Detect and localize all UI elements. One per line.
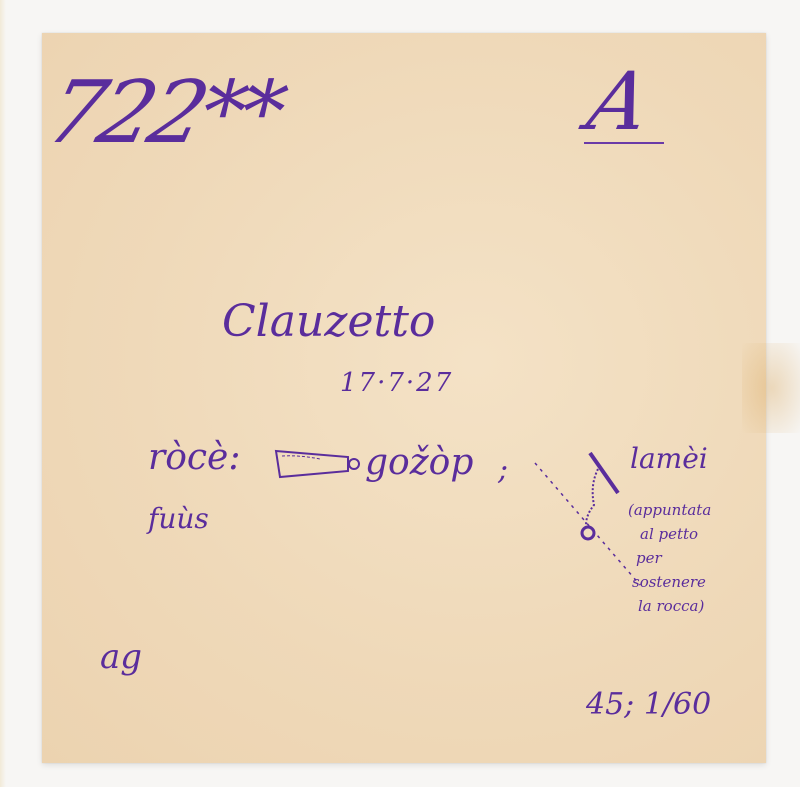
note-line: (appuntata bbox=[628, 498, 768, 522]
entry-separator: ; bbox=[498, 455, 508, 485]
date: 17·7·27 bbox=[340, 370, 453, 396]
annotation-note: (appuntata al petto per sostenere la roc… bbox=[628, 498, 768, 618]
note-line: sostenere bbox=[628, 570, 768, 594]
note-line: la rocca) bbox=[628, 594, 768, 618]
note-line: per bbox=[628, 546, 768, 570]
entry-word: ròcè bbox=[148, 437, 228, 478]
entry-word-gozop: gožòp bbox=[365, 445, 473, 481]
section-underline bbox=[584, 142, 664, 144]
catalog-number: 722** bbox=[39, 70, 291, 156]
annotation-term: lamèi bbox=[630, 445, 708, 473]
entry-word-fuus: fuùs bbox=[148, 505, 209, 533]
entry-word-roce: ròcè: bbox=[148, 440, 241, 476]
place-name: Clauzetto bbox=[222, 300, 435, 344]
note-line: al petto bbox=[628, 522, 768, 546]
paper-stain bbox=[742, 343, 800, 433]
spindle-sketch-icon bbox=[270, 447, 365, 482]
backdrop-edge bbox=[0, 0, 6, 787]
reference-number: 45; 1/60 bbox=[586, 690, 711, 720]
entry-separator: : bbox=[228, 437, 240, 478]
initials-signature: ag bbox=[100, 640, 142, 674]
